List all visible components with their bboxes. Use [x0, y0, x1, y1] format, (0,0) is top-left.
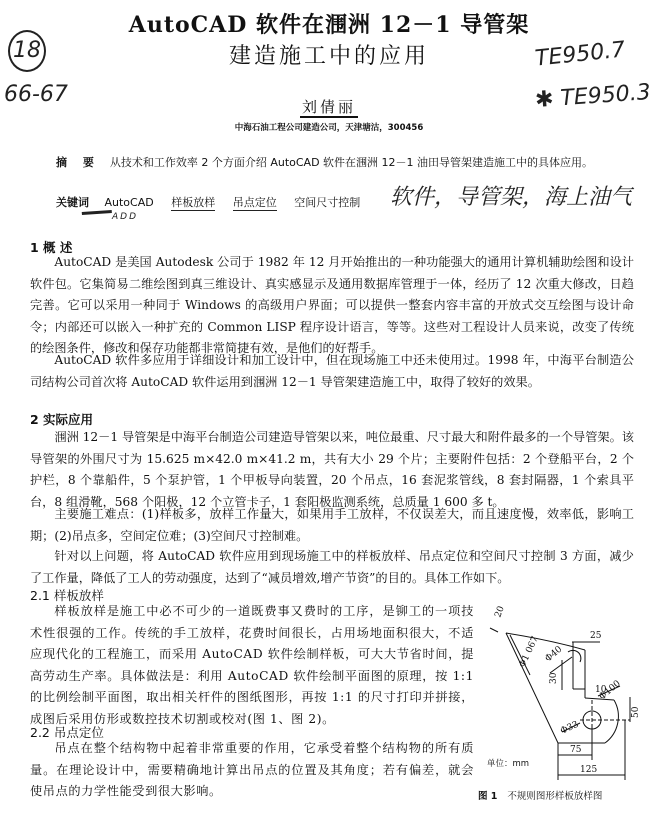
keywords: 关键词 AutoCAD 样板放样 吊点定位 空间尺寸控制	[56, 194, 374, 210]
abstract-text: 从技术和工作效率 2 个方面介绍 AutoCAD 软件在涠洲 12－1 油田导管…	[110, 156, 593, 169]
dim-hole-40: Φ40	[544, 644, 565, 664]
dim-arc-radius: Φ1 067	[518, 635, 541, 670]
subsection-2-1-paragraph: 样板放样是施工中必不可少的一道既费事又费时的工序，是铆工的一项技术性很强的工作。…	[30, 601, 474, 730]
keyword-spatial-dimension: 空间尺寸控制	[294, 196, 360, 209]
abstract: 摘 要从技术和工作效率 2 个方面介绍 AutoCAD 软件在涠洲 12－1 油…	[56, 153, 616, 173]
keyword-lifting-point: 吊点定位	[233, 196, 277, 211]
handwritten-scribble	[82, 210, 112, 220]
section-2-paragraph-3: 针对以上问题，将 AutoCAD 软件应用到现场施工中的样板放样、吊点定位和空间…	[30, 546, 634, 589]
paper-title-line-1: AutoCAD 软件在涠洲 12－1 导管架	[0, 12, 658, 38]
author-affiliation: 中海石油工程公司建造公司，天津塘沽，300456	[0, 121, 658, 133]
figure-1-unit: 单位：mm	[487, 757, 529, 769]
author-name: 刘倩丽	[300, 98, 358, 118]
section-2-paragraph-1: 涠洲 12－1 导管架是中海平台制造公司建造导管架以来，吨位最重、尺寸最大和附件…	[30, 427, 634, 513]
section-1-paragraph-1: AutoCAD 是美国 Autodesk 公司于 1982 年 12 月开始推出…	[30, 252, 634, 360]
section-2-paragraph-2: 主要施工难点：(1)样板多，放样工作量大，如果用手工放样，不仅误差大，而且速度慢…	[30, 504, 634, 547]
section-1-paragraph-2: AutoCAD 软件多应用于详细设计和加工设计中，但在现场施工中还未使用过。19…	[30, 350, 634, 393]
abstract-label: 摘 要	[56, 156, 100, 169]
subsection-2-2-paragraph: 吊点在整个结构物中起着非常重要的作用，它承受着整个结构物的所有质量。在理论设计中…	[30, 738, 474, 803]
dim-20: 20	[493, 605, 506, 619]
author-block: 刘倩丽	[0, 96, 658, 117]
keywords-label: 关键词	[56, 196, 89, 209]
dim-30: 30	[549, 672, 559, 684]
figure-1-drawing: 20 25 Φ1 067 Φ40 30 10 Φ100 50 Φ33 75 12…	[480, 600, 658, 800]
handwritten-keywords-note: 软件，导管架，海上油气	[390, 180, 632, 211]
figure-1-label: 图 1	[478, 791, 497, 802]
figure-1-caption: 图 1不规则图形样板放样图	[478, 788, 602, 802]
dim-125: 125	[580, 765, 597, 775]
dim-75: 75	[570, 745, 582, 755]
paper-title-line-2: 建造施工中的应用	[0, 44, 658, 70]
figure-1-caption-text: 不规则图形样板放样图	[507, 791, 602, 802]
dim-50: 50	[631, 706, 641, 718]
dim-arc-100: Φ100	[598, 679, 623, 703]
keyword-template-layout: 样板放样	[171, 196, 215, 211]
keyword-autocad: AutoCAD	[105, 196, 154, 209]
dim-25: 25	[590, 631, 602, 641]
section-2-heading: 2 实际应用	[30, 410, 93, 428]
handwritten-autocad-note: ADD	[112, 212, 138, 222]
dim-hole-33: Φ33	[559, 720, 581, 737]
